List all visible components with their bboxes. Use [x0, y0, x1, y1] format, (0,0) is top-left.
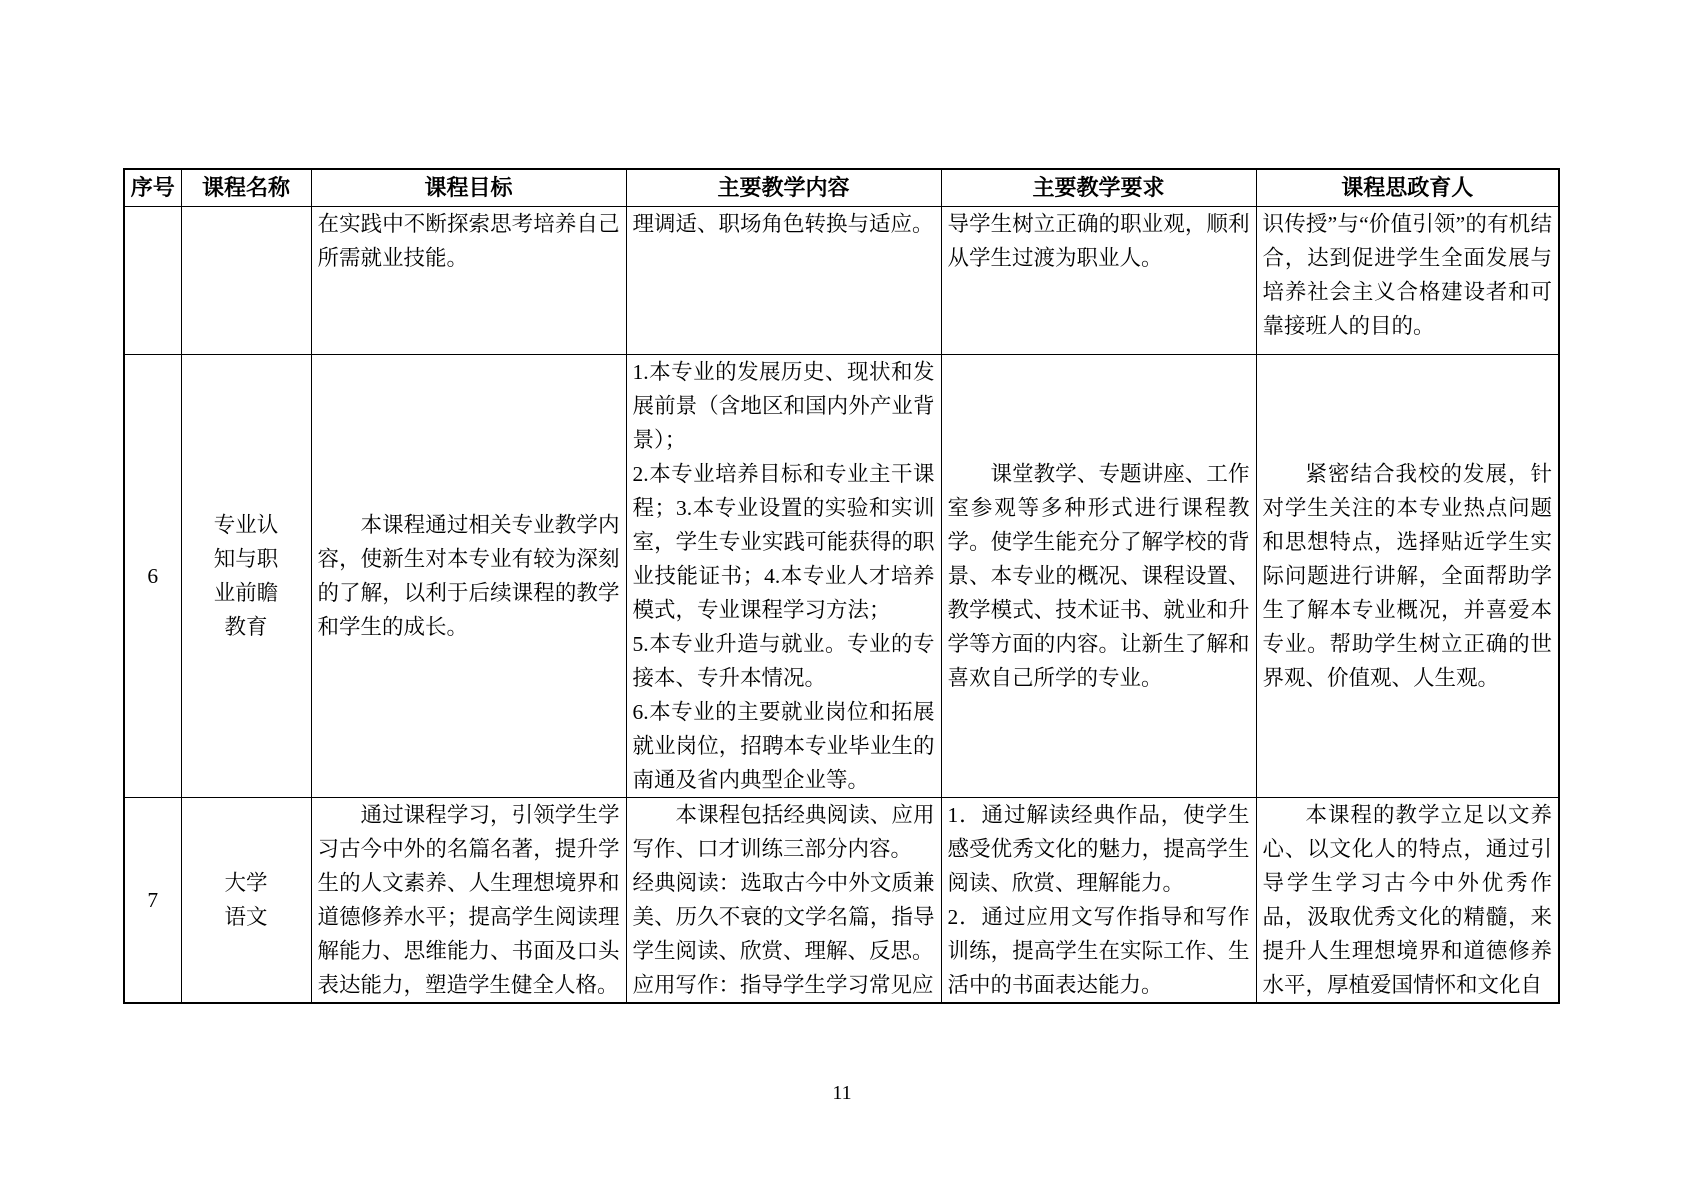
table-header-row: 序号 课程名称 课程目标 主要教学内容 主要教学要求 课程思政育人 — [124, 169, 1559, 206]
cell-requirements: 导学生树立正确的职业观，顺利从学生过渡为职业人。 — [941, 206, 1256, 354]
header-content: 主要教学内容 — [626, 169, 941, 206]
course-table: 序号 课程名称 课程目标 主要教学内容 主要教学要求 课程思政育人 在实践中不断… — [123, 168, 1560, 1004]
table-row-6: 6 专业认 知与职 业前瞻 教育 本课程通过相关专业教学内容，使新生对本专业有较… — [124, 354, 1559, 797]
document-page: 序号 课程名称 课程目标 主要教学内容 主要教学要求 课程思政育人 在实践中不断… — [0, 0, 1684, 1191]
cell-ideology: 本课程的教学立足以文养心、以文化人的特点，通过引导学生学习古今中外优秀作品，汲取… — [1256, 797, 1559, 1003]
cell-course-name: 大学 语文 — [181, 797, 311, 1003]
cell-course-name: 专业认 知与职 业前瞻 教育 — [181, 354, 311, 797]
cell-content: 本课程包括经典阅读、应用写作、口才训练三部分内容。 经典阅读：选取古今中外文质兼… — [626, 797, 941, 1003]
cell-content: 理调适、职场角色转换与适应。 — [626, 206, 941, 354]
header-course-name: 课程名称 — [181, 169, 311, 206]
table-row-continuation: 在实践中不断探索思考培养自己所需就业技能。 理调适、职场角色转换与适应。 导学生… — [124, 206, 1559, 354]
cell-content: 1.本专业的发展历史、现状和发展前景（含地区和国内外产业背景）； 2.本专业培养… — [626, 354, 941, 797]
header-ideology: 课程思政育人 — [1256, 169, 1559, 206]
cell-course-name — [181, 206, 311, 354]
header-seq: 序号 — [124, 169, 181, 206]
cell-seq — [124, 206, 181, 354]
header-objectives: 课程目标 — [311, 169, 626, 206]
cell-seq: 7 — [124, 797, 181, 1003]
cell-objectives: 在实践中不断探索思考培养自己所需就业技能。 — [311, 206, 626, 354]
cell-requirements: 课堂教学、专题讲座、工作室参观等多种形式进行课程教学。使学生能充分了解学校的背景… — [941, 354, 1256, 797]
cell-objectives: 本课程通过相关专业教学内容，使新生对本专业有较为深刻的了解，以利于后续课程的教学… — [311, 354, 626, 797]
cell-requirements: 1．通过解读经典作品，使学生感受优秀文化的魅力，提高学生阅读、欣赏、理解能力。 … — [941, 797, 1256, 1003]
page-number: 11 — [0, 1080, 1684, 1106]
cell-ideology: 识传授”与“价值引领”的有机结合，达到促进学生全面发展与培养社会主义合格建设者和… — [1256, 206, 1559, 354]
cell-objectives: 通过课程学习，引领学生学习古今中外的名篇名著，提升学生的人文素养、人生理想境界和… — [311, 797, 626, 1003]
cell-ideology: 紧密结合我校的发展，针对学生关注的本专业热点问题和思想特点，选择贴近学生实际问题… — [1256, 354, 1559, 797]
table-row-7: 7 大学 语文 通过课程学习，引领学生学习古今中外的名篇名著，提升学生的人文素养… — [124, 797, 1559, 1003]
cell-seq: 6 — [124, 354, 181, 797]
header-requirements: 主要教学要求 — [941, 169, 1256, 206]
